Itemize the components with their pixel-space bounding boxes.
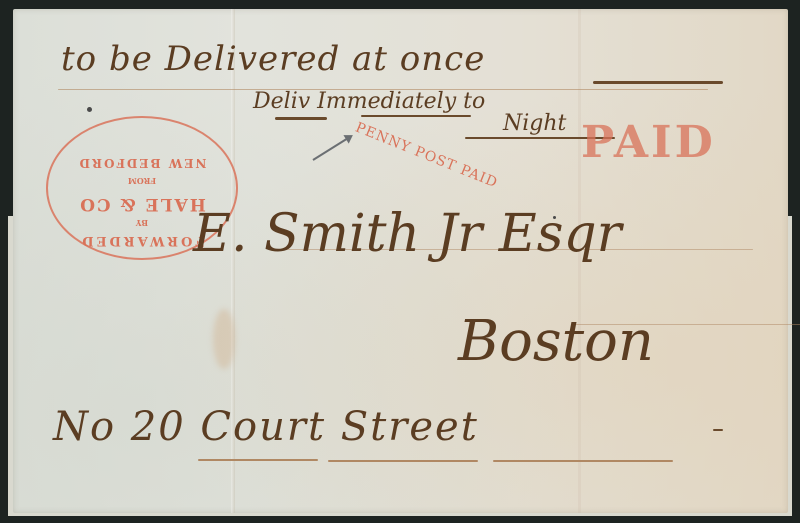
manuscript-instruction-line1: to be Delivered at once (61, 39, 485, 79)
underline-street (493, 460, 673, 462)
paper-stain (213, 309, 235, 369)
folded-letter: FORWARDED BY HALE & CO FROM NEW BEDFORD … (13, 9, 788, 513)
ink-dot (87, 107, 92, 112)
underline-street (198, 459, 318, 461)
stamp-text-new-bedford: NEW BEDFORD (48, 156, 236, 170)
penny-post-paid-handstamp: PENNY POST PAID (353, 120, 500, 192)
manuscript-instruction-line3: Night (503, 111, 566, 136)
ink-dash (713, 429, 723, 431)
paid-handstamp: PAID (581, 117, 716, 168)
manuscript-instruction-line2: Deliv Immediately to (253, 89, 485, 114)
pencil-arrow-mark (312, 135, 351, 161)
addressee-name: E. Smith Jr Esqr (193, 204, 622, 264)
underline-deliv (275, 117, 327, 120)
underline-once (593, 81, 723, 84)
underline-immediately (361, 115, 471, 117)
address-city: Boston (458, 309, 654, 374)
address-street: No 20 Court Street (53, 404, 479, 450)
underline-street (328, 460, 478, 462)
stamp-text-from: FROM (48, 176, 236, 186)
